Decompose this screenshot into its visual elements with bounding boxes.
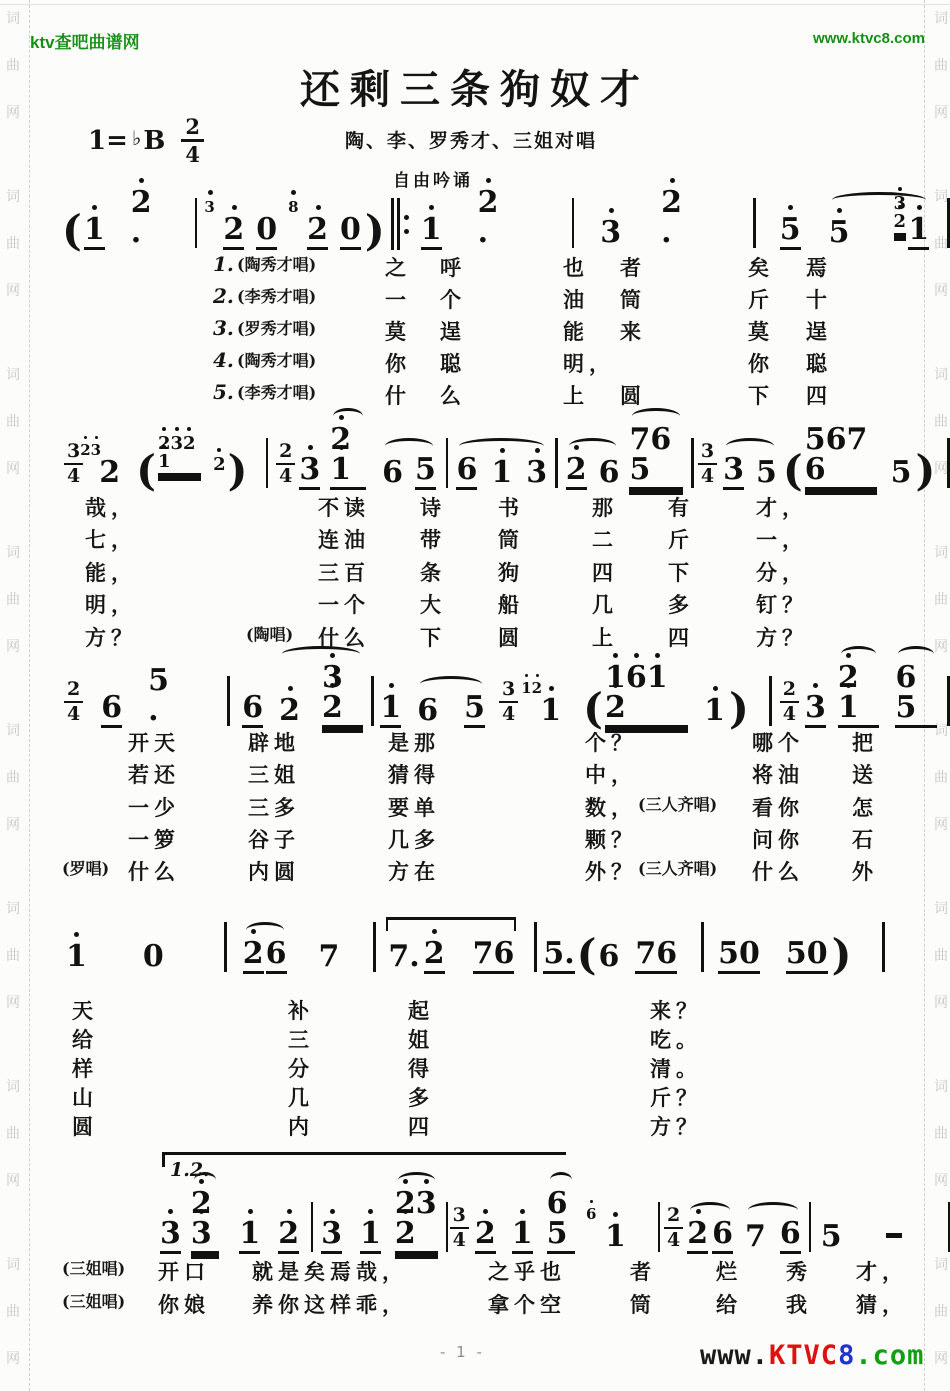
jianpu-note: 5 bbox=[780, 215, 801, 250]
jianpu-note: 2 bbox=[687, 1219, 708, 1254]
jianpu-note: 6 bbox=[599, 458, 620, 490]
watermark-char: 词 bbox=[6, 1076, 20, 1096]
lyric-text: 有 bbox=[668, 492, 694, 522]
watermark-char: 词 bbox=[934, 364, 948, 384]
lyric-text: 筒 bbox=[620, 284, 646, 314]
jianpu-note: 0 bbox=[340, 215, 361, 250]
lyric-text: 起 bbox=[408, 995, 434, 1025]
jianpu-note: 3 bbox=[321, 1219, 342, 1254]
jianpu-note: 2 bbox=[279, 696, 300, 728]
barline bbox=[809, 1202, 811, 1252]
lyric-text: 船 bbox=[498, 589, 524, 619]
lyric-text: 烂 bbox=[716, 1256, 742, 1286]
barline bbox=[311, 1202, 313, 1252]
grace-prefix: 6 bbox=[586, 1207, 596, 1222]
jianpu-note: 1 bbox=[491, 458, 512, 490]
parenthesis: ( bbox=[783, 452, 803, 490]
watermark-char: 曲 bbox=[6, 589, 20, 609]
watermark-char: 曲 bbox=[934, 1301, 948, 1321]
lyric-text: 下 bbox=[748, 380, 774, 410]
jianpu-note: 2 bbox=[566, 455, 587, 490]
lyric-text: 斤？ bbox=[650, 1082, 702, 1112]
key-tonic: 1= bbox=[88, 126, 128, 156]
lyric-text: 一， bbox=[756, 524, 808, 554]
watermark-char: 网 bbox=[934, 1348, 948, 1368]
performer-label: (陶秀才唱) bbox=[237, 348, 316, 371]
lyric-text: 养你这样乖， bbox=[252, 1289, 408, 1319]
barline bbox=[769, 676, 772, 726]
lyric-text: 开口 bbox=[158, 1256, 210, 1286]
lyric-text: 内 bbox=[288, 1111, 314, 1141]
lyric-text: 四 bbox=[806, 380, 832, 410]
lyric-text: 拿个空 bbox=[488, 1289, 566, 1319]
lyric-text: 斤 bbox=[668, 524, 694, 554]
lyric-text: 多 bbox=[408, 1082, 434, 1112]
lyric-text: 之 bbox=[385, 252, 411, 282]
jianpu-note: 3 bbox=[723, 455, 744, 490]
lyric-text: 那 bbox=[592, 492, 618, 522]
lyric-text: 方？ bbox=[85, 622, 137, 652]
verse-number: 5. bbox=[213, 380, 234, 404]
left-margin-divider bbox=[29, 0, 30, 1391]
watermark-char: 词 bbox=[6, 364, 20, 384]
lyric-text: 大 bbox=[420, 589, 446, 619]
watermark-char: 网 bbox=[934, 992, 948, 1012]
jianpu-note: 2. bbox=[478, 188, 506, 250]
lyric-text: 也 bbox=[563, 252, 589, 282]
grace-prefix: 12 bbox=[521, 681, 542, 696]
lyric-text: 一个 bbox=[318, 589, 370, 619]
lyric-text: 筒 bbox=[630, 1289, 656, 1319]
lyric-text: 要单 bbox=[388, 792, 440, 822]
barline bbox=[753, 198, 756, 248]
lyric-text: 你 bbox=[385, 348, 411, 378]
lyric-text: 看你 bbox=[752, 792, 804, 822]
lyric-text: 圆 bbox=[498, 622, 524, 652]
barline bbox=[691, 438, 694, 488]
lyric-text: 钉？ bbox=[756, 589, 808, 619]
grace-prefix: 3 bbox=[204, 200, 214, 215]
watermark-char: 网 bbox=[934, 636, 948, 656]
music-line: 2465.623216534112(16121)2432165 bbox=[64, 666, 950, 728]
lyric-text: 二 bbox=[592, 524, 618, 554]
lyric-text: 连油 bbox=[318, 524, 370, 554]
watermark-char: 曲 bbox=[934, 945, 948, 965]
watermark-char: 曲 bbox=[934, 589, 948, 609]
watermark-char: 曲 bbox=[6, 411, 20, 431]
slur-group: 65 bbox=[417, 693, 485, 728]
jianpu-note: 6 bbox=[242, 693, 263, 728]
lyric-text: 之乎也 bbox=[488, 1256, 566, 1286]
lyric-text: 吃。 bbox=[650, 1024, 702, 1054]
jianpu-note: 2. bbox=[131, 188, 159, 250]
lyric-text: 姐 bbox=[408, 1024, 434, 1054]
barline bbox=[373, 922, 376, 972]
jianpu-note: 765 bbox=[629, 425, 683, 490]
watermark-char: 词 bbox=[934, 8, 948, 28]
jianpu-note: 6 bbox=[382, 458, 403, 490]
barline bbox=[371, 676, 374, 726]
jianpu-note: 6 bbox=[101, 693, 122, 728]
watermark-char: 词 bbox=[6, 898, 20, 918]
barline bbox=[195, 198, 198, 248]
grace-notes: 2321 bbox=[158, 435, 201, 476]
logo-eight: 8 bbox=[838, 1340, 855, 1371]
jianpu-note: 2 bbox=[243, 939, 264, 974]
watermark-char: 曲 bbox=[6, 945, 20, 965]
slur-group: 23 bbox=[191, 1189, 219, 1254]
lyric-text: 莫 bbox=[748, 316, 774, 346]
performer-label: (李秀才唱) bbox=[237, 380, 316, 403]
jianpu-note: 32 bbox=[322, 663, 363, 728]
lyric-text: 逞 bbox=[440, 316, 466, 346]
meter-numerator: 2 bbox=[181, 116, 204, 142]
lyric-text: 条 bbox=[420, 557, 446, 587]
bracket-group: 7.276 bbox=[388, 939, 514, 974]
lyric-text: 聪 bbox=[806, 348, 832, 378]
lyric-text: 山 bbox=[72, 1082, 98, 1112]
watermark-char: 曲 bbox=[6, 1301, 20, 1321]
page-top-border bbox=[0, 4, 950, 5]
music-line: (12.230280)12.32.55321 bbox=[62, 188, 950, 250]
performers-subtitle: 陶、李、罗秀才、三姐对唱 bbox=[345, 126, 597, 153]
lyric-text: 圆 bbox=[620, 380, 646, 410]
key-signature: 1=♭B 2 4 bbox=[88, 116, 204, 165]
logo-www: www. bbox=[700, 1340, 769, 1371]
jianpu-note: 5 bbox=[821, 1222, 842, 1254]
lyric-text: 秀 bbox=[786, 1256, 812, 1286]
parenthesis: ( bbox=[62, 212, 82, 250]
lyric-text: 圆 bbox=[72, 1111, 98, 1141]
lyric-text: 个？ bbox=[585, 727, 637, 757]
watermark-char: 词 bbox=[934, 1254, 948, 1274]
parenthesis: ) bbox=[228, 452, 248, 490]
lyric-text: 给 bbox=[72, 1024, 98, 1054]
grace-notes: 32 bbox=[894, 195, 907, 236]
flat-sign: ♭ bbox=[132, 126, 141, 150]
music-line: 102677.2765.(6765050) bbox=[66, 912, 885, 974]
lyric-text: 猜得 bbox=[388, 759, 440, 789]
lyric-text: 若还 bbox=[128, 759, 180, 789]
jianpu-note: 1612 bbox=[605, 663, 688, 728]
lyric-text: 辟地 bbox=[248, 727, 300, 757]
jianpu-note: 76 bbox=[473, 939, 515, 974]
verse-number: 3. bbox=[213, 316, 234, 340]
performer-label: (李秀才唱) bbox=[237, 284, 316, 307]
lyric-text: 几 bbox=[288, 1082, 314, 1112]
jianpu-note: 6 bbox=[266, 939, 287, 974]
parenthesis: ) bbox=[916, 452, 936, 490]
lyric-text: 明， bbox=[85, 589, 137, 619]
time-signature: 34 bbox=[698, 442, 717, 486]
watermark-char: 网 bbox=[934, 814, 948, 834]
jianpu-note: 3 bbox=[526, 458, 547, 490]
lyric-text: 内圆 bbox=[248, 856, 300, 886]
barline bbox=[446, 1202, 448, 1252]
watermark-char: 词 bbox=[934, 898, 948, 918]
performer-label: (三姐唱) bbox=[62, 1289, 125, 1312]
lyric-text: 方？ bbox=[756, 622, 808, 652]
jianpu-note: 232 bbox=[395, 1189, 438, 1254]
parenthesis: ( bbox=[577, 936, 597, 974]
jianpu-note: 3 bbox=[805, 693, 826, 728]
jianpu-note: 21 bbox=[838, 663, 880, 728]
dash-extension bbox=[886, 1233, 902, 1238]
lyric-text: 上 bbox=[563, 380, 589, 410]
lyric-text: 天 bbox=[72, 995, 98, 1025]
lyric-text: 中， bbox=[585, 759, 637, 789]
watermark-char: 词 bbox=[6, 720, 20, 740]
watermark-char: 曲 bbox=[6, 233, 20, 253]
jianpu-note: 23 bbox=[191, 1189, 219, 1254]
jianpu-note: 5 bbox=[415, 455, 436, 490]
slur-group: 232 bbox=[395, 1189, 438, 1254]
grace-notes: 2 bbox=[213, 456, 226, 476]
lyric-text: 焉 bbox=[806, 252, 832, 282]
lyric-text: 才， bbox=[756, 492, 808, 522]
slur-group: 613 bbox=[456, 455, 547, 490]
jianpu-note: 2. bbox=[661, 188, 689, 250]
lyric-text: 么 bbox=[440, 380, 466, 410]
performer-label: (罗唱) bbox=[62, 856, 109, 879]
lyric-text: 者 bbox=[630, 1256, 656, 1286]
watermark-char: 曲 bbox=[6, 767, 20, 787]
lyric-text: 一 bbox=[385, 284, 411, 314]
parenthesis: ) bbox=[365, 212, 385, 250]
lyric-text: 猜， bbox=[856, 1289, 908, 1319]
slur-group: 21 bbox=[330, 425, 366, 490]
jianpu-note: 5676 bbox=[805, 425, 877, 490]
lyric-text: 你 bbox=[748, 348, 774, 378]
watermark-char: 曲 bbox=[934, 1123, 948, 1143]
lyric-text: 将油 bbox=[752, 759, 804, 789]
jianpu-note: 1 bbox=[66, 942, 87, 974]
lyric-text: 三姐 bbox=[248, 759, 300, 789]
meter-denominator: 4 bbox=[185, 142, 200, 165]
jianpu-note: 6 bbox=[456, 455, 477, 490]
barline bbox=[572, 198, 575, 248]
jianpu-note: 112 bbox=[540, 696, 561, 728]
jianpu-note: 5 bbox=[464, 693, 485, 728]
lyric-text: 石 bbox=[852, 824, 878, 854]
lyric-text: 清。 bbox=[650, 1053, 702, 1083]
slur-group: 21 bbox=[838, 663, 880, 728]
lyric-text: 数， bbox=[585, 792, 637, 822]
slur-group: 65 bbox=[382, 455, 436, 490]
jianpu-note: 5. bbox=[148, 666, 179, 728]
lyric-text: 明， bbox=[563, 348, 615, 378]
slur-group: 26 bbox=[243, 939, 287, 974]
lyric-text: 就是矣焉哉， bbox=[252, 1256, 408, 1286]
volta-bracket: 1.2. bbox=[162, 1152, 566, 1155]
jianpu-note: 6 bbox=[599, 942, 620, 974]
lyric-text: 什 bbox=[385, 380, 411, 410]
lyric-text: 来 bbox=[620, 316, 646, 346]
lyric-text: 我 bbox=[786, 1289, 812, 1319]
jianpu-note: 1 bbox=[704, 696, 725, 728]
lyric-text: 什么 bbox=[752, 856, 804, 886]
lyric-text: 聪 bbox=[440, 348, 466, 378]
watermark-char: 网 bbox=[6, 814, 20, 834]
lyric-text: 谷子 bbox=[248, 824, 300, 854]
lyric-text: 能 bbox=[563, 316, 589, 346]
jianpu-note: 7 bbox=[745, 1222, 766, 1254]
watermark-char: 词 bbox=[6, 1254, 20, 1274]
site-url-link[interactable]: www.ktvc8.com bbox=[813, 30, 925, 47]
parenthesis: ) bbox=[729, 690, 749, 728]
left-watermark-column: 词曲网词曲网词曲网词曲网词曲网词曲网词曲网词曲网 bbox=[1, 0, 27, 1391]
lyric-text: 三 bbox=[288, 1024, 314, 1054]
slur-group: 65 bbox=[895, 663, 937, 728]
parenthesis: ) bbox=[832, 936, 852, 974]
lyric-text: 七， bbox=[85, 524, 137, 554]
lyric-text: 不读 bbox=[318, 492, 370, 522]
lyric-text: 者 bbox=[620, 252, 646, 282]
lyric-text: 上 bbox=[592, 622, 618, 652]
lyric-text: 补 bbox=[288, 995, 314, 1025]
lyric-text: 几 bbox=[592, 589, 618, 619]
barline bbox=[266, 438, 269, 488]
performer-label: (三姐唱) bbox=[62, 1256, 125, 1279]
jianpu-note: 28 bbox=[307, 215, 328, 250]
jianpu-note: 23 bbox=[223, 215, 244, 250]
jianpu-note: 1 bbox=[360, 1219, 381, 1254]
site-name-link[interactable]: ktv查吧曲谱网 bbox=[30, 28, 140, 53]
jianpu-note: 1 bbox=[512, 1219, 533, 1254]
slur-group: 765 bbox=[629, 425, 683, 490]
lyric-text: 诗 bbox=[420, 492, 446, 522]
verse-number: 1. bbox=[213, 252, 234, 276]
slur-group: 65 bbox=[547, 1189, 575, 1254]
lyric-text: 开天 bbox=[128, 727, 180, 757]
watermark-char: 曲 bbox=[6, 1123, 20, 1143]
jianpu-note: 6 bbox=[417, 696, 438, 728]
jianpu-note: 0 bbox=[143, 942, 164, 974]
performer-label: (罗秀才唱) bbox=[237, 316, 316, 339]
music-line: 34223(23212)2432165613267653435(56765) bbox=[64, 428, 950, 490]
jianpu-note: 21 bbox=[330, 425, 366, 490]
jianpu-note: 2 bbox=[278, 1219, 299, 1254]
lyric-text: 方？ bbox=[650, 1111, 702, 1141]
jianpu-note: 0 bbox=[256, 215, 277, 250]
slur-group: 232 bbox=[279, 663, 363, 728]
lyric-text: 分， bbox=[756, 557, 808, 587]
meter-fraction: 2 4 bbox=[181, 116, 204, 165]
lyric-text: 颗？ bbox=[585, 824, 637, 854]
jianpu-note: 3 bbox=[600, 218, 621, 250]
volta-label: 1.2. bbox=[170, 1159, 210, 1181]
lyric-text: 四 bbox=[592, 557, 618, 587]
page-number: - 1 - bbox=[440, 1343, 485, 1361]
jianpu-note: 7 bbox=[319, 942, 340, 974]
performer-label: (三人齐唱) bbox=[638, 792, 717, 815]
lyric-text: 逞 bbox=[806, 316, 832, 346]
jianpu-note: 1 bbox=[421, 215, 442, 250]
grace-prefix: 23 bbox=[80, 443, 101, 458]
song-title: 还剩三条狗奴才 bbox=[0, 58, 950, 115]
slur-group: 5321 bbox=[829, 209, 930, 250]
lyric-text: 四 bbox=[408, 1111, 434, 1141]
watermark-char: 网 bbox=[6, 280, 20, 300]
jianpu-note: 6 bbox=[712, 1219, 733, 1254]
jianpu-note: 5 bbox=[756, 458, 777, 490]
parenthesis: ( bbox=[583, 690, 603, 728]
time-signature: 24 bbox=[664, 1206, 683, 1250]
lyric-text: 几多 bbox=[388, 824, 440, 854]
lyric-text: 送 bbox=[852, 759, 878, 789]
key-mode: B bbox=[143, 126, 165, 156]
lyric-text: 分 bbox=[288, 1053, 314, 1083]
jianpu-note: 3 bbox=[299, 455, 320, 490]
lyric-text: 得 bbox=[408, 1053, 434, 1083]
jianpu-note: 16 bbox=[605, 1222, 626, 1254]
barline bbox=[555, 438, 558, 488]
lyric-text: 问你 bbox=[752, 824, 804, 854]
slur-group: 76 bbox=[745, 1219, 801, 1254]
jianpu-note: 50 bbox=[786, 939, 828, 974]
lyric-text: 什么 bbox=[128, 856, 180, 886]
logo-com: .com bbox=[855, 1340, 924, 1371]
lyric-text: 方在 bbox=[388, 856, 440, 886]
barline bbox=[224, 922, 227, 972]
slur-group: 26 bbox=[566, 455, 620, 490]
lyric-text: 哉， bbox=[85, 492, 137, 522]
jianpu-note: 76 bbox=[635, 939, 677, 974]
performer-label: (陶唱) bbox=[246, 622, 293, 645]
time-signature: 34 bbox=[450, 1206, 469, 1250]
barline bbox=[227, 676, 230, 726]
time-signature: 34 bbox=[499, 680, 518, 724]
jianpu-note: 50 bbox=[718, 939, 760, 974]
lyric-text: 一少 bbox=[128, 792, 180, 822]
lyric-text: 十 bbox=[806, 284, 832, 314]
jianpu-note: 7. bbox=[388, 942, 419, 974]
jianpu-note: 5. bbox=[543, 939, 574, 974]
jianpu-note: 1 bbox=[908, 215, 929, 250]
jianpu-note: 1 bbox=[239, 1219, 260, 1254]
jianpu-note: 65 bbox=[547, 1189, 575, 1254]
jianpu-note: 5 bbox=[891, 458, 912, 490]
lyric-text: 来？ bbox=[650, 995, 702, 1025]
lyric-text: 怎 bbox=[852, 792, 878, 822]
lyric-text: 下 bbox=[668, 557, 694, 587]
lyric-text: 能， bbox=[85, 557, 137, 587]
watermark-char: 网 bbox=[934, 280, 948, 300]
barline bbox=[446, 438, 449, 488]
verse-number: 4. bbox=[213, 348, 234, 372]
lyric-text: 外？ bbox=[585, 856, 637, 886]
barline bbox=[658, 1202, 660, 1252]
performer-label: (三人齐唱) bbox=[638, 856, 717, 879]
watermark-char: 网 bbox=[934, 1170, 948, 1190]
watermark-char: 网 bbox=[6, 992, 20, 1012]
jianpu-note: 2 bbox=[424, 939, 445, 974]
lyric-text: 一箩 bbox=[128, 824, 180, 854]
ktvc8-logo: www.KTVC8.com bbox=[700, 1340, 924, 1371]
jianpu-note: 1 bbox=[84, 215, 105, 250]
watermark-char: 曲 bbox=[934, 767, 948, 787]
lyric-text: 油 bbox=[563, 284, 589, 314]
slur-group: 35 bbox=[723, 455, 777, 490]
lyric-text: 多 bbox=[668, 589, 694, 619]
lyric-text: 狗 bbox=[498, 557, 524, 587]
verse-number: 2. bbox=[213, 284, 234, 308]
lyric-text: 什么 bbox=[318, 622, 370, 652]
lyric-text: 哪个 bbox=[752, 727, 804, 757]
lyric-text: 才， bbox=[856, 1256, 908, 1286]
watermark-char: 词 bbox=[6, 186, 20, 206]
barline bbox=[701, 922, 704, 972]
